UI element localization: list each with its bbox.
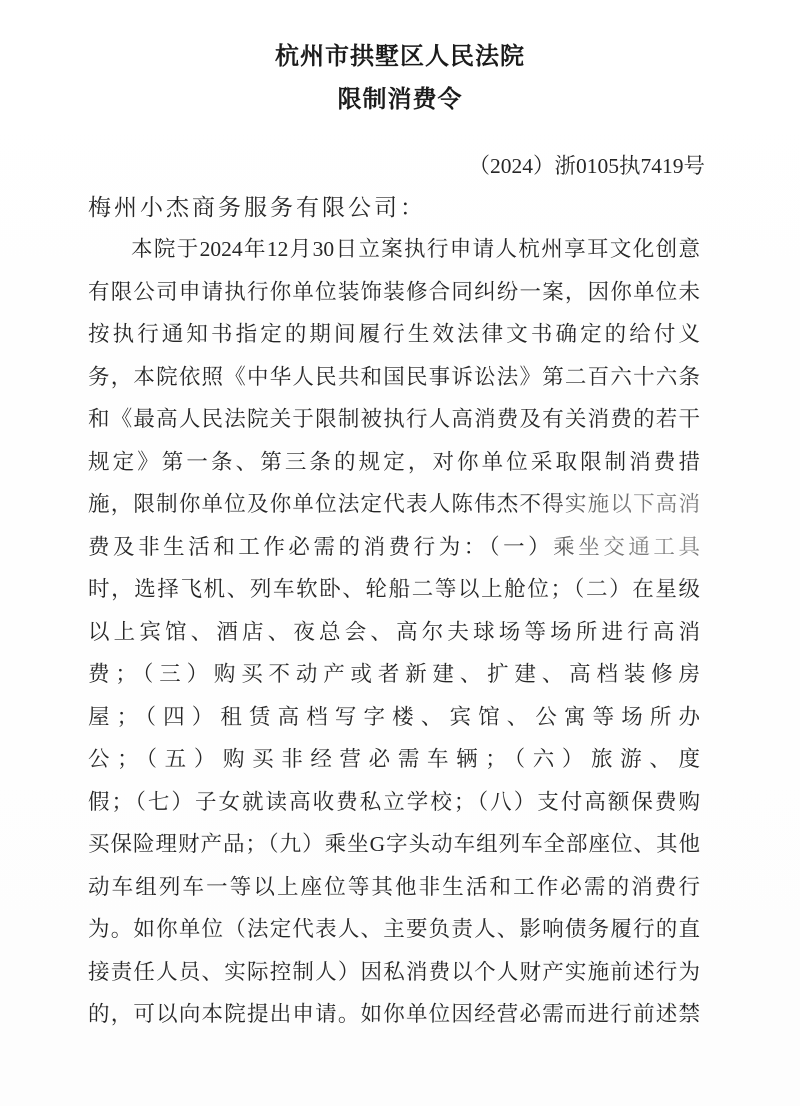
document-title: 限制消费令 — [0, 79, 800, 114]
body-line: 务，本院依照《中华人民共和国民事诉讼法》第二百六十六条 — [88, 356, 700, 399]
body-line: 假；（七）子女就读高收费私立学校；（八）支付高额保费购 — [88, 781, 700, 824]
court-name: 杭州市拱墅区人民法院 — [0, 36, 800, 71]
document-page: 杭州市拱墅区人民法院 限制消费令 （2024）浙0105执7419号 梅州小杰商… — [0, 0, 800, 1106]
body-line: 按执行通知书指定的期间履行生效法律文书确定的给付义 — [88, 313, 700, 356]
body-line: 以上宾馆、酒店、夜总会、高尔夫球场等场所进行高消 — [88, 611, 700, 654]
body-line: 费及非生活和工作必需的消费行为：（一）乘坐交通工具 — [88, 526, 700, 569]
body-line: 屋；（四）租赁高档写字楼、宾馆、公寓等场所办 — [88, 696, 700, 739]
body-line: 和《最高人民法院关于限制被执行人高消费及有关消费的若干 — [88, 398, 700, 441]
body-line: 买保险理财产品；（九）乘坐G字头动车组列车全部座位、其他 — [88, 823, 700, 866]
case-number: （2024）浙0105执7419号 — [468, 149, 705, 180]
body-line: 的，可以向本院提出申请。如你单位因经营必需而进行前述禁 — [88, 993, 700, 1036]
body-line: 公；（五）购买非经营必需车辆；（六）旅游、度 — [88, 738, 700, 781]
body-line: 规定》第一条、第三条的规定，对你单位采取限制消费措 — [88, 441, 700, 484]
body-line: 有限公司申请执行你单位装饰装修合同纠纷一案，因你单位未 — [88, 271, 700, 314]
body-line: 时，选择飞机、列车软卧、轮船二等以上舱位；（二）在星级 — [88, 568, 700, 611]
body-line: 为。如你单位（法定代表人、主要负责人、影响债务履行的直 — [88, 908, 700, 951]
addressee-company-name: 梅州小杰商务服务有限公司： — [88, 189, 426, 222]
body-line: 费；（三）购买不动产或者新建、扩建、高档装修房 — [88, 653, 700, 696]
body-line: 本院于2024年12月30日立案执行申请人杭州享耳文化创意 — [88, 228, 700, 271]
body-line: 施，限制你单位及你单位法定代表人陈伟杰不得实施以下高消 — [88, 483, 700, 526]
body-line: 接责任人员、实际控制人）因私消费以个人财产实施前述行为 — [88, 951, 700, 994]
document-body: 本院于2024年12月30日立案执行申请人杭州享耳文化创意有限公司申请执行你单位… — [88, 228, 700, 1036]
body-line: 动车组列车一等以上座位等其他非生活和工作必需的消费行 — [88, 866, 700, 909]
